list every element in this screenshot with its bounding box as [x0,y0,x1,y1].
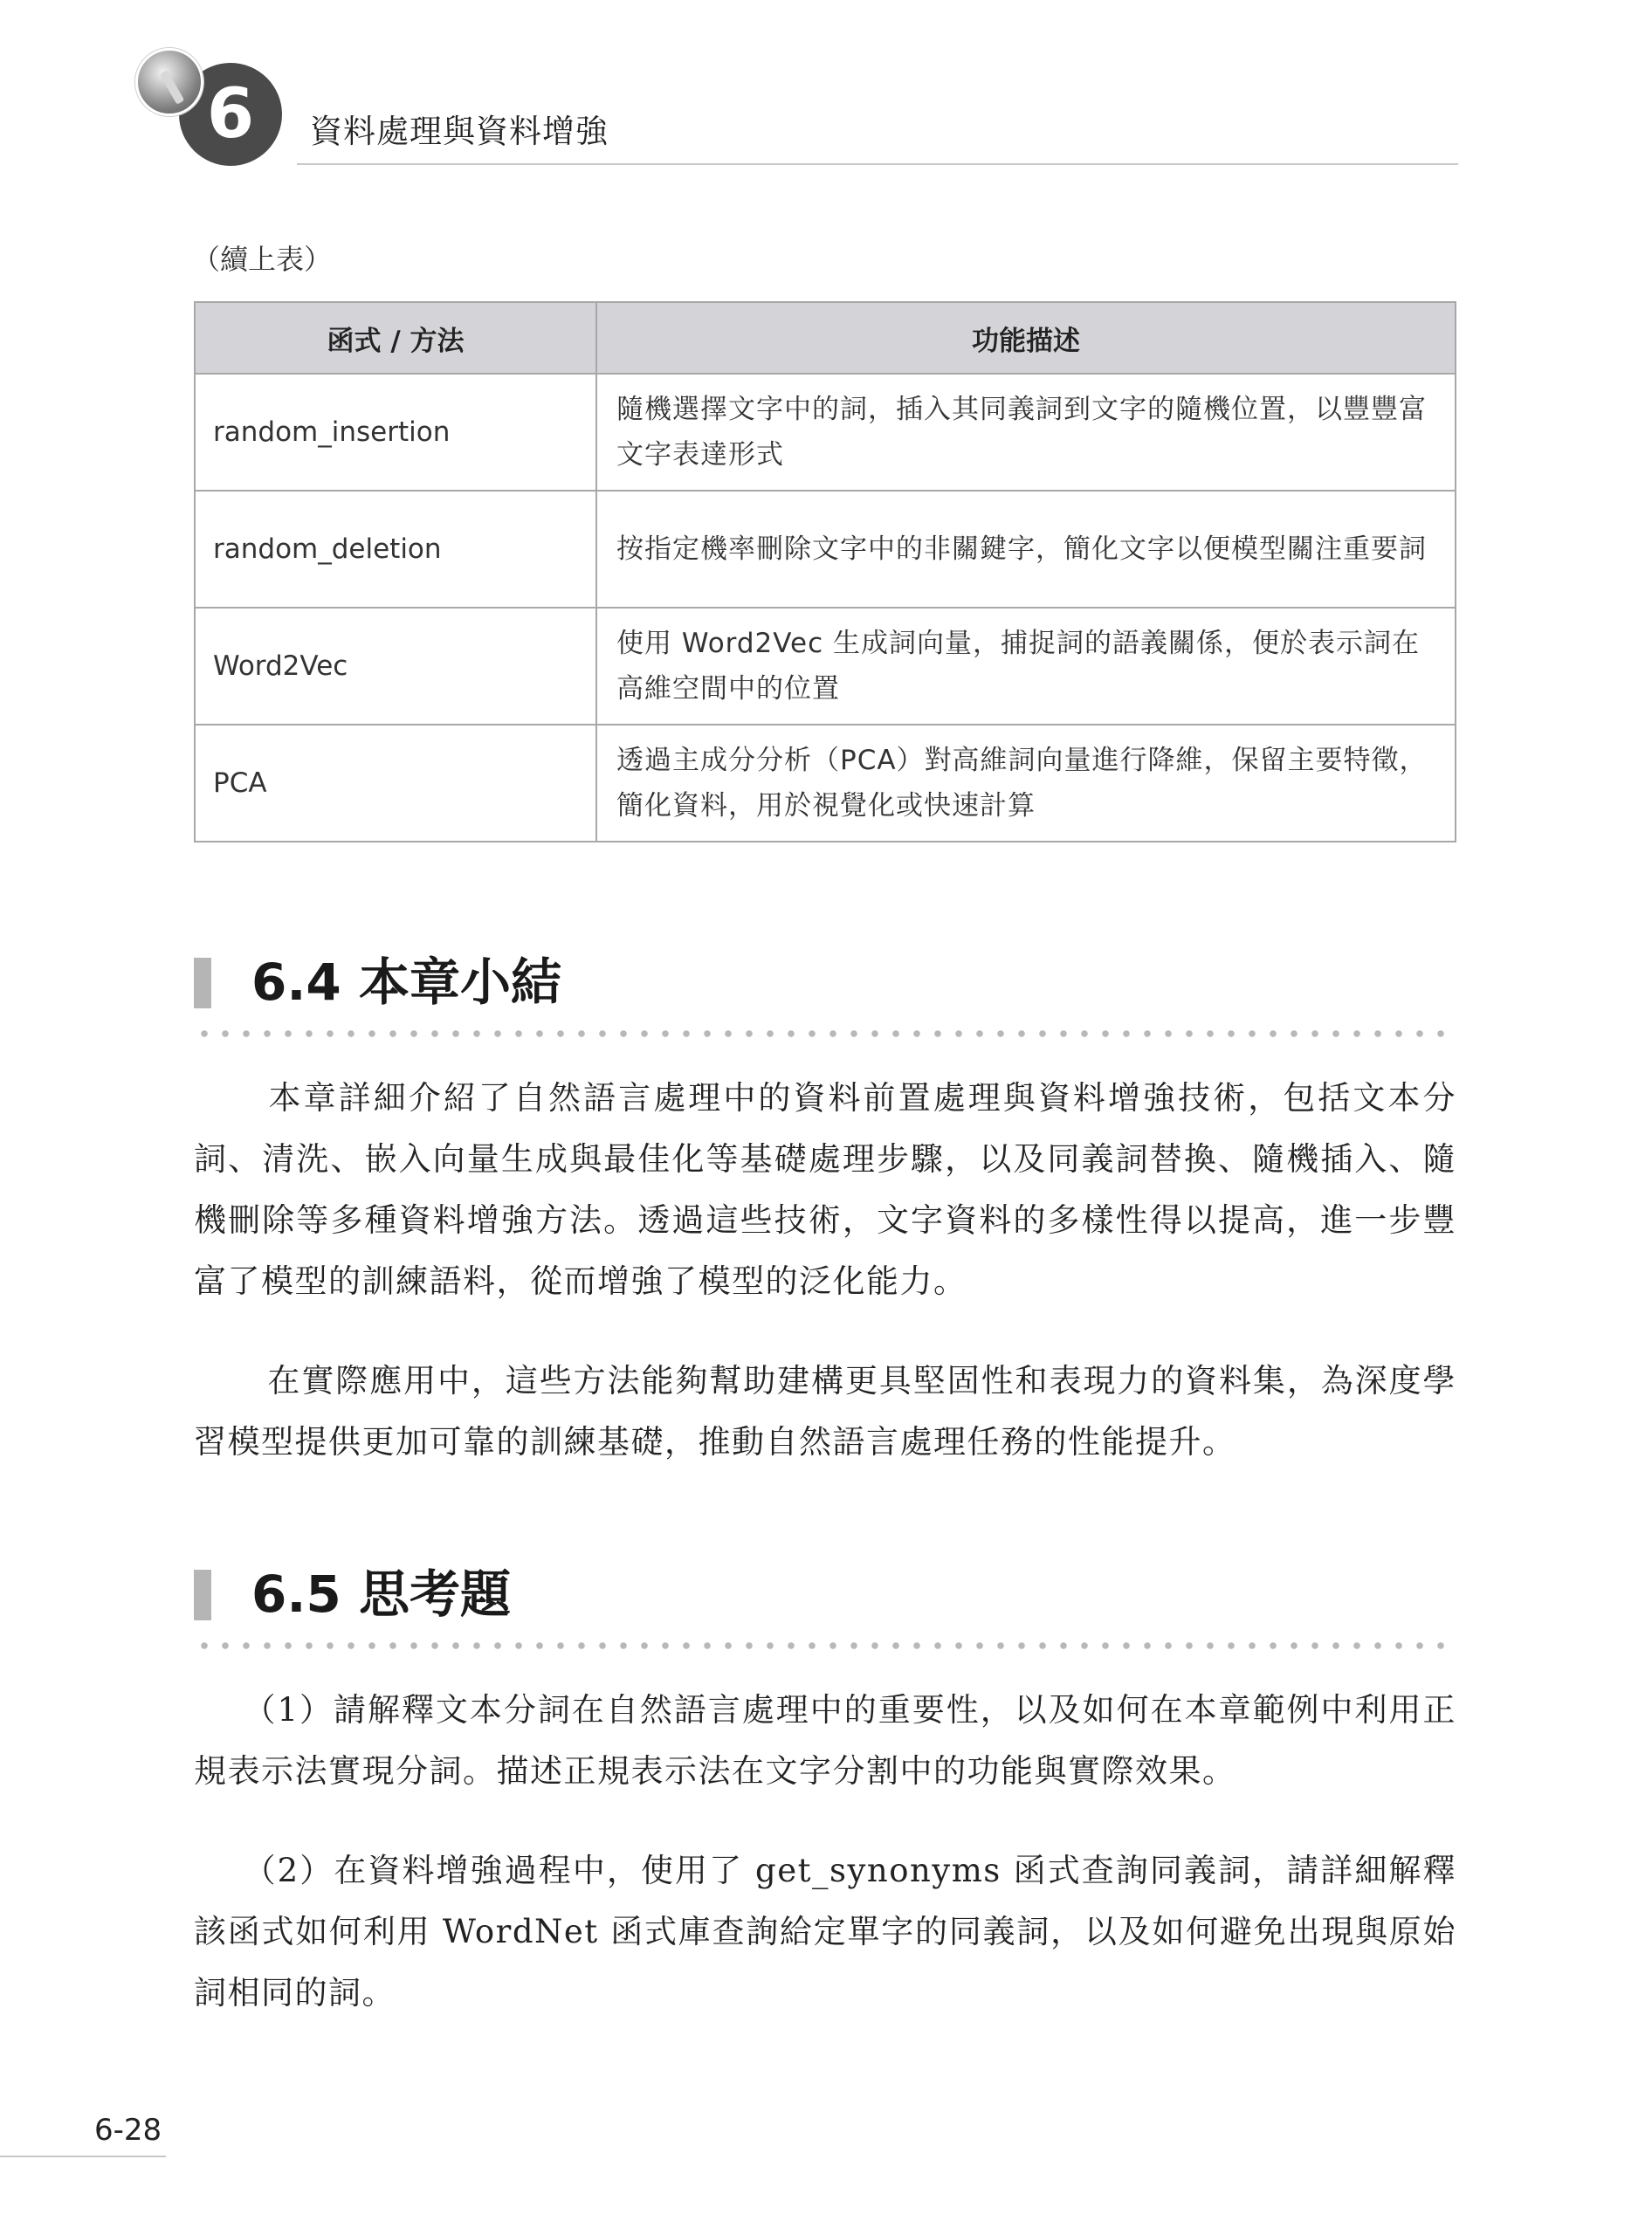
table-row: random_insertion 隨機選擇文字中的詞，插入其同義詞到文字的隨機位… [195,374,1456,491]
column-header-function: 函式 / 方法 [195,302,596,374]
chapter-header: 6 資料處理與資料增強 [131,44,1467,175]
function-description: 按指定機率刪除文字中的非關鍵字，簡化文字以便模型關注重要詞 [596,491,1456,608]
question-text: （1）請解釋文本分詞在自然語言處理中的重要性，以及如何在本章範例中利用正規表示法… [194,1691,1456,1790]
section-heading-questions: 6.5 思考題 [194,1559,1456,1638]
chapter-globe-image-icon [135,48,203,116]
section-title: 6.4 本章小結 [251,947,561,1017]
table-row: PCA 透過主成分分析（PCA）對高維詞向量進行降維，保留主要特徵，簡化資料，用… [195,725,1456,842]
paragraph-text: 在實際應用中，這些方法能夠幫助建構更具堅固性和表現力的資料集，為深度學習模型提供… [194,1362,1456,1461]
function-description: 隨機選擇文字中的詞，插入其同義詞到文字的隨機位置，以豐豐富文字表達形式 [596,374,1456,491]
table-row: Word2Vec 使用 Word2Vec 生成詞向量，捕捉詞的語義關係，便於表示… [195,608,1456,725]
section-marker-bar [194,1570,211,1620]
section-title: 6.5 思考題 [251,1559,511,1629]
function-name: PCA [195,725,596,842]
summary-paragraph: 在實際應用中，這些方法能夠幫助建構更具堅固性和表現力的資料集，為深度學習模型提供… [194,1351,1456,1473]
paragraph-text: 本章詳細介紹了自然語言處理中的資料前置處理與資料增強技術，包括文本分詞、清洗、嵌… [194,1079,1456,1300]
table-header-row: 函式 / 方法 功能描述 [195,302,1456,374]
dotted-divider [194,1641,1456,1650]
question-item: （2）在資料增強過程中，使用了 get_synonyms 函式查詢同義詞，請詳細… [194,1840,1456,2024]
chapter-number: 6 [207,80,254,148]
function-description: 使用 Word2Vec 生成詞向量，捕捉詞的語義關係，便於表示詞在高維空間中的位… [596,608,1456,725]
table-continued-label: （續上表） [192,237,332,278]
question-item: （1）請解釋文本分詞在自然語言處理中的重要性，以及如何在本章範例中利用正規表示法… [194,1680,1456,1802]
question-text: （2）在資料增強過程中，使用了 get_synonyms 函式查詢同義詞，請詳細… [194,1852,1456,2011]
table-row: random_deletion 按指定機率刪除文字中的非關鍵字，簡化文字以便模型… [195,491,1456,608]
page-number: 6-28 [94,2113,162,2148]
function-method-table: 函式 / 方法 功能描述 random_insertion 隨機選擇文字中的詞，… [194,301,1456,842]
function-name: Word2Vec [195,608,596,725]
function-name: random_insertion [195,374,596,491]
column-header-description: 功能描述 [596,302,1456,374]
section-heading-summary: 6.4 本章小結 [194,947,1456,1026]
section-marker-bar [194,958,211,1008]
summary-paragraph: 本章詳細介紹了自然語言處理中的資料前置處理與資料增強技術，包括文本分詞、清洗、嵌… [194,1068,1456,1312]
header-divider [297,163,1458,165]
function-description: 透過主成分分析（PCA）對高維詞向量進行降維，保留主要特徵，簡化資料，用於視覺化… [596,725,1456,842]
chapter-title: 資料處理與資料增強 [310,105,609,152]
function-name: random_deletion [195,491,596,608]
footer-divider [0,2156,166,2157]
dotted-divider [194,1029,1456,1038]
